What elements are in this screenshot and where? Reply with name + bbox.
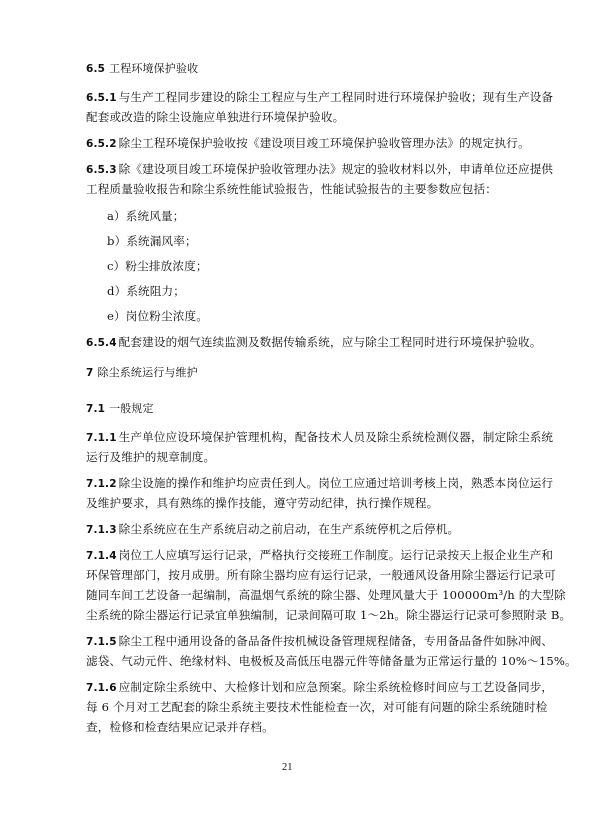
chapter-heading-7: 7除尘系统运行与维护 bbox=[86, 366, 511, 380]
clause-7-1-5-cont: 滤袋、气动元件、绝缘材料、电极板及高低压电器元件等储备量为正常运行量的 10%～… bbox=[86, 654, 511, 668]
clause-7-1-4-cont-1: 环保管理部门，按月成册。所有除尘器均应有运行记录，一般通风设备用除尘器运行记录可 bbox=[86, 568, 511, 582]
section-heading-6-5: 6.5工程环境保护验收 bbox=[86, 62, 511, 76]
clause-6-5-3: 6.5.3除《建设项目竣工环境保护验收管理办法》规定的验收材料以外，申请单位还应… bbox=[86, 162, 511, 177]
clause-7-1-1-cont: 运行及维护的规章制度。 bbox=[86, 450, 511, 464]
clause-6-5-1: 6.5.1与生产工程同步建设的除尘工程应与生产工程同时进行环境保护验收；现有生产… bbox=[86, 90, 511, 105]
clause-6-5-2: 6.5.2除尘工程环境保护验收按《建设项目竣工环境保护验收管理办法》的规定执行。 bbox=[86, 136, 511, 151]
list-item-c: c）粉尘排放浓度； bbox=[107, 259, 532, 273]
clause-6-5-4: 6.5.4配套建设的烟气连续监测及数据传输系统，应与除尘工程同时进行环境保护验收… bbox=[86, 335, 511, 350]
clause-7-1-4: 7.1.4岗位工人应填写运行记录，严格执行交接班工作制度。运行记录按天上报企业生… bbox=[86, 548, 511, 563]
list-item-a: a）系统风量； bbox=[107, 209, 532, 223]
clause-7-1-5: 7.1.5除尘工程中通用设备的备品备件按机械设备管理规程储备，专用备品备件如脉冲… bbox=[86, 634, 511, 649]
clause-7-1-1: 7.1.1生产单位应设环境保护管理机构，配备技术人员及除尘系统检测仪器，制定除尘… bbox=[86, 430, 511, 445]
clause-7-1-6-cont-2: 查，检修和检查结果应记录并存档。 bbox=[86, 720, 511, 734]
clause-7-1-6: 7.1.6应制定除尘系统中、大检修计划和应急预案。除尘系统检修时间应与工艺设备同… bbox=[86, 680, 511, 695]
page-number: 21 bbox=[282, 762, 293, 773]
clause-7-1-4-cont-2: 随同车间工艺设备一起编制，高温烟气系统的除尘器、处理风量大于 100000m³/… bbox=[86, 588, 511, 602]
document-page: 6.5工程环境保护验收 6.5.1与生产工程同步建设的除尘工程应与生产工程同时进… bbox=[0, 0, 589, 820]
list-item-e: e）岗位粉尘浓度。 bbox=[107, 309, 532, 323]
clause-7-1-4-cont-3: 尘系统的除尘器运行记录宜单独编制，记录间隔可取 1～2h。除尘器运行记录可参照附… bbox=[86, 608, 511, 622]
clause-7-1-3: 7.1.3除尘系统应在生产系统启动之前启动，在生产系统停机之后停机。 bbox=[86, 522, 511, 537]
list-item-b: b）系统漏风率； bbox=[107, 234, 532, 248]
clause-7-1-2-cont: 及维护要求，具有熟练的操作技能，遵守劳动纪律，执行操作规程。 bbox=[86, 496, 511, 510]
clause-7-1-6-cont-1: 每 6 个月对工艺配套的除尘系统主要技术性能检查一次，对可能有问题的除尘系统随时… bbox=[86, 700, 511, 714]
section-heading-7-1: 7.1一般规定 bbox=[86, 402, 511, 416]
list-item-d: d）系统阻力； bbox=[107, 284, 532, 298]
clause-7-1-2: 7.1.2除尘设施的操作和维护均应责任到人。岗位工应通过培训考核上岗，熟悉本岗位… bbox=[86, 476, 511, 491]
clause-6-5-3-cont: 工程质量验收报告和除尘系统性能试验报告，性能试验报告的主要参数应包括： bbox=[86, 182, 511, 196]
clause-6-5-1-cont: 配套或改造的除尘设施应单独进行环境保护验收。 bbox=[86, 110, 511, 124]
